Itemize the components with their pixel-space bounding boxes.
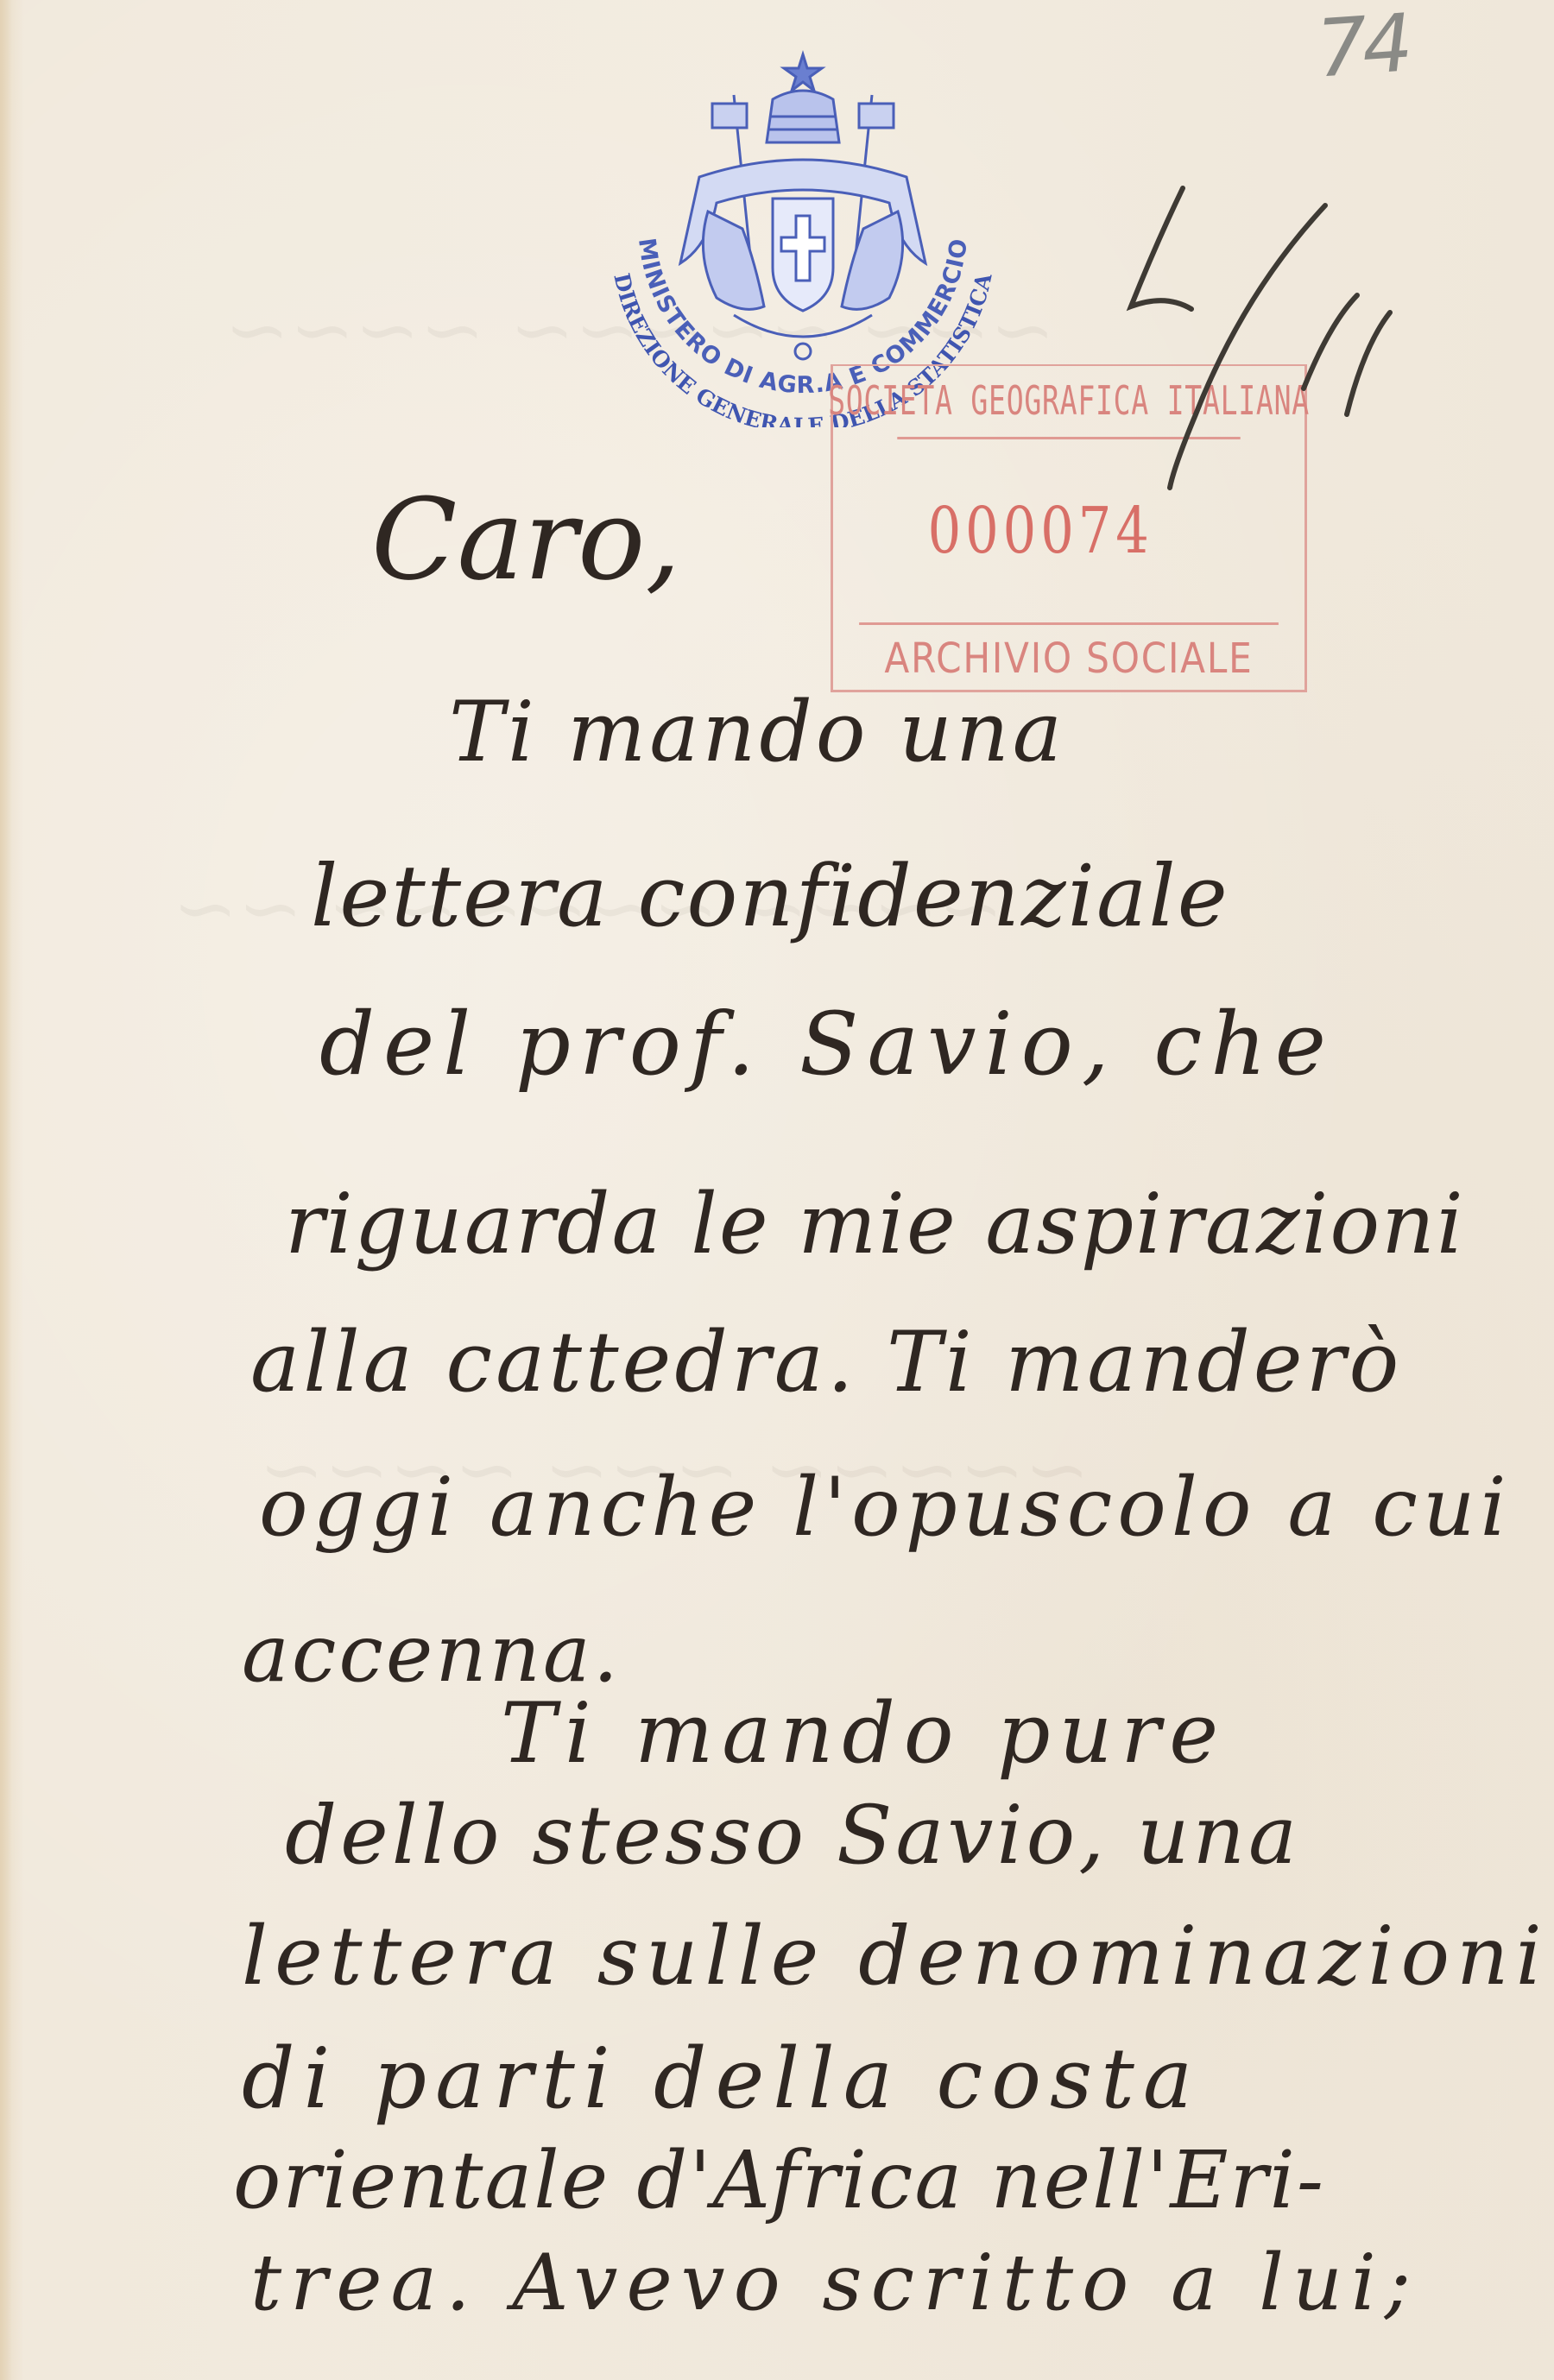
letter-line: lettera confidenziale: [311, 855, 1229, 939]
letter-line: del prof. Savio, che: [319, 1001, 1335, 1088]
letter-line: lettera sulle denominazioni: [242, 1916, 1549, 1998]
letter-line: trea. Avevo scritto a lui;: [250, 2244, 1419, 2322]
page-number: 74: [1314, 0, 1411, 90]
letter-line: oggi anche l'opuscolo a cui: [259, 1468, 1512, 1549]
letter-line: accenna.: [242, 1614, 621, 1694]
letter-line: Ti mando pure: [501, 1692, 1227, 1775]
archive-stamp-footer: ARCHIVIO SOCIALE: [859, 622, 1279, 692]
letter-line: di parti della costa: [242, 2037, 1201, 2120]
letter-greeting: Caro,: [371, 483, 681, 596]
paper-edge: [0, 0, 12, 2380]
letter-line: riguarda le mie aspirazioni: [285, 1183, 1465, 1266]
letter-line: dello stesso Savio, una: [285, 1796, 1300, 1877]
date-mark-strokes: 4/11: [1096, 164, 1424, 509]
letter-line: orientale d'Africa nell'Eri-: [233, 2141, 1325, 2220]
letter-line: alla cattedra. Ti manderò: [250, 1321, 1402, 1404]
date-mark-text: 4/11: [1096, 164, 1098, 165]
letter-line: Ti mando una: [449, 691, 1065, 773]
date-mark: 4/11: [1096, 164, 1424, 509]
